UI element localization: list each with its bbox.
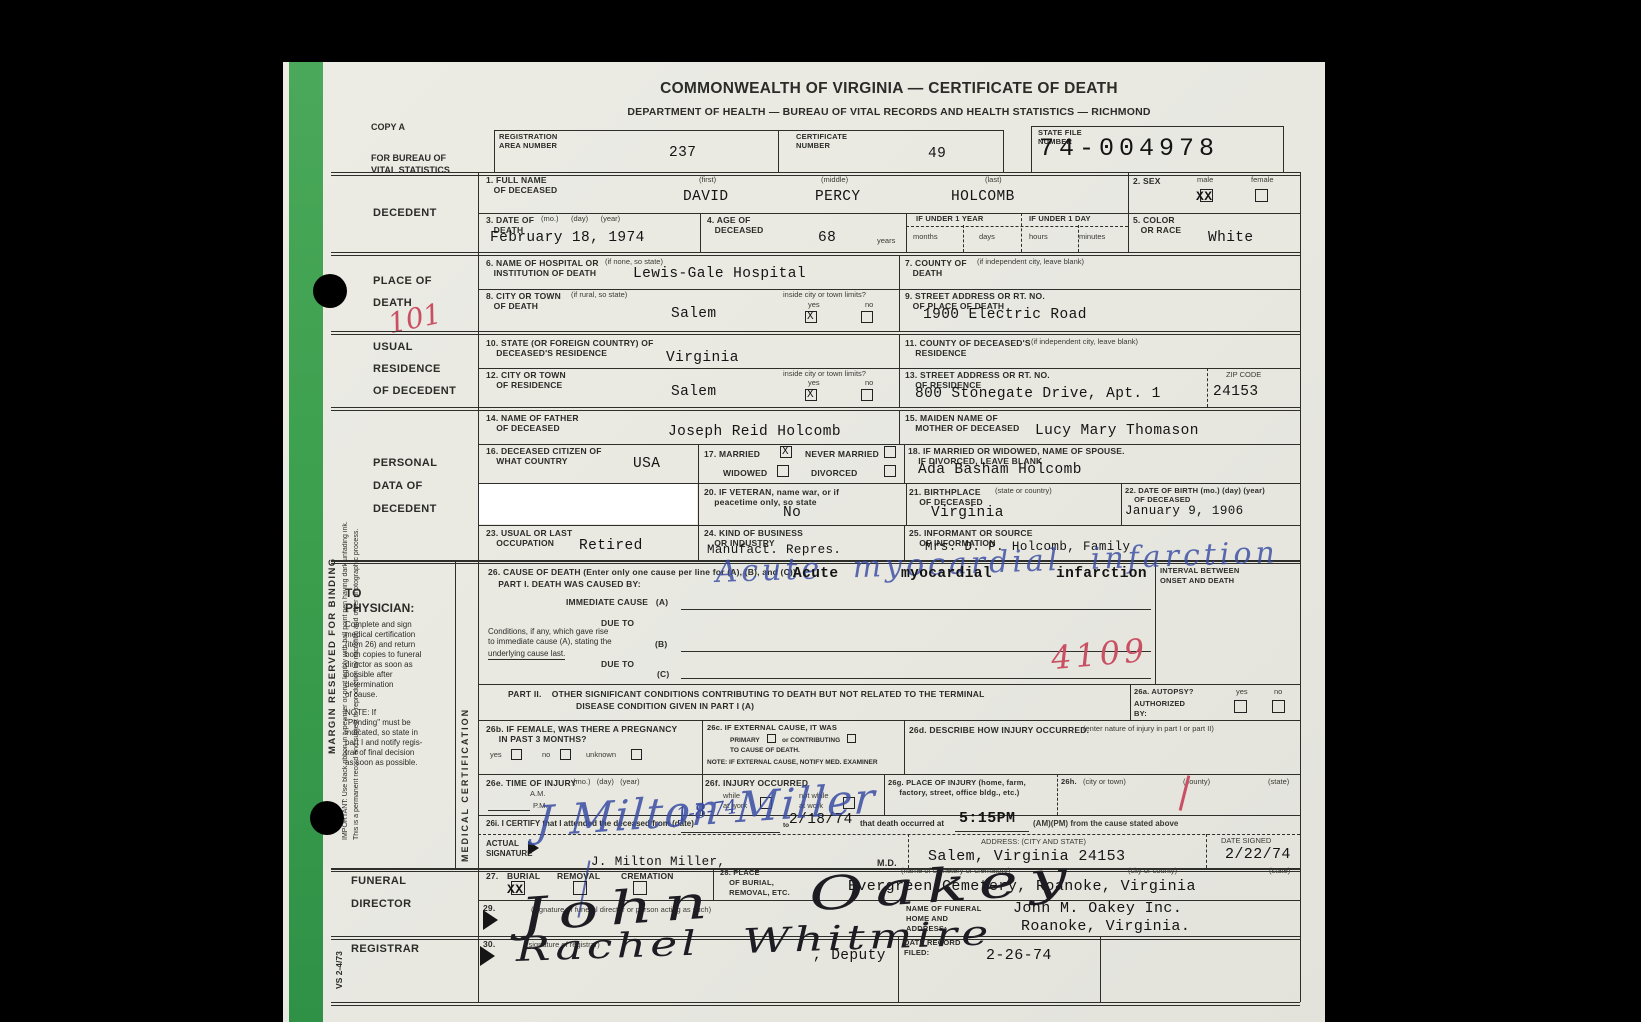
field-26b-yes-checkbox [511,749,522,760]
field-8-hint: (if rural, so state) [571,291,627,300]
field-17-widowed-checkbox [777,465,789,477]
rule-v-months [963,225,964,252]
field-26a-no-checkbox [1272,700,1285,713]
punch-hole-bottom [310,801,344,835]
under-year-label: IF UNDER 1 YEAR [916,215,983,224]
margin-binding-text: MARGIN RESERVED FOR BINDING [327,314,338,754]
rule-row7 [478,444,1300,445]
field-8-yes-mark: X [807,311,814,324]
rule-v-row34 [899,256,900,331]
rule-v-autopsy [1130,684,1131,720]
field-6-value: Lewis-Gale Hospital [633,266,806,283]
field-17-married-mark: X [782,446,789,459]
field-26b-unknown-checkbox [631,749,642,760]
field-8-label: 8. CITY OR TOWN OF DEATH [486,291,561,311]
field-11-hint: (if independent city, leave blank) [1031,338,1138,347]
registration-value: 237 [669,145,696,162]
field-1-first-hint: (first) [699,176,716,185]
field-13-value: 800 Stonegate Drive, Apt. 1 [915,386,1161,403]
date-signed-label: DATE SIGNED [1221,837,1271,846]
field-11-label: 11. COUNTY OF DECEASED'S RESIDENCE [905,338,1031,358]
field-26-b-label: (B) [655,639,667,649]
section-to-physician: TO PHYSICIAN: [345,586,414,616]
field-21-hint: (state or country) [995,487,1052,496]
rule-place-double [331,331,1300,335]
field-2-female-label: female [1251,176,1274,185]
date-signed-value: 2/22/74 [1225,846,1291,864]
field-12-no-label: no [865,379,873,388]
field-28-state-hint: (state) [1269,867,1290,876]
rule-v-f4 [906,213,907,252]
statefile-right-rule [1283,126,1284,172]
field-20-value: No [783,505,801,522]
field-1-first-value: DAVID [683,189,729,206]
field-26-immediate-label: IMMEDIATE CAUSE (A) [566,597,668,607]
rule-v-f16 [698,444,699,483]
field-29-home-address: Roanoke, Virginia. [1021,918,1190,936]
rule-v-row7 [899,411,900,444]
scanned-death-certificate: MARGIN RESERVED FOR BINDING IMPORTANT: U… [0,0,1641,1022]
field-26c-tocause-label: TO CAUSE OF DEATH. [730,747,800,755]
state-file-value: 74-004978 [1039,134,1219,164]
cause-typed-acute: Acute [793,566,839,583]
field-8-no-label: no [865,301,873,310]
field-29-home-name: John M. Oakey Inc. [1013,900,1182,918]
field-30-filed-date: 2-26-74 [986,947,1052,965]
field-12-yes-mark: X [807,389,814,402]
field-27-label: 27. [486,871,498,881]
field-2-male-label: male [1197,176,1213,185]
field-30-filed-label: DATE RECORD FILED: [904,938,961,958]
field-26c-primary-checkbox [767,734,776,743]
certificate-paper: MARGIN RESERVED FOR BINDING IMPORTANT: U… [283,62,1325,1022]
field-7-hint: (if independent city, leave blank) [977,258,1084,267]
field-4-value: 68 [818,230,836,247]
section-personal-data: PERSONAL DATA OF DECEDENT [373,452,437,521]
rule-v-row56 [899,335,900,407]
cause-line-a [681,609,1151,610]
field-26e-hints: (mo.) (day) (year) [573,778,640,787]
field-5-value: White [1208,230,1254,247]
rule-row9 [478,525,1300,526]
rule-v-f19 [698,483,699,525]
field-17-divorced-checkbox [884,465,896,477]
physician-note: Complete and sign medical certification … [345,620,422,700]
under-day-hours: hours [1029,233,1048,242]
rule-v-zip [1207,368,1208,407]
field-26b-unknown-label: unknown [586,751,616,760]
field-26c-primary-label: PRIMARY [730,737,760,745]
field-23-value: Retired [579,538,643,555]
rule-form-left [478,172,479,1002]
regbox-divider-rule [778,130,779,172]
field-5-label: 5. COLOR OR RACE [1133,215,1181,235]
regbox-top-rule [494,130,1003,131]
field-13-zip-value: 24153 [1213,384,1259,401]
section-funeral-director: FUNERAL DIRECTOR [351,870,411,916]
field-26c-note: NOTE: IF EXTERNAL CAUSE, NOTIFY MED. EXA… [707,759,878,767]
field-17-never-checkbox [884,446,896,458]
field-1-last-hint: (last) [985,176,1002,185]
field-26-dueto2-label: DUE TO [601,659,634,669]
registrar-signature-arrow-icon [480,946,495,966]
sex-male-mark: XX [1196,189,1212,204]
rule-v-datesigned [1206,834,1207,868]
field-27-removal-label: REMOVAL [557,871,600,881]
field-15-value: Lucy Mary Thomason [1035,423,1199,440]
field-26-c-label: (C) [657,669,669,679]
part2-label2: DISEASE CONDITION GIVEN IN PART I (A) [576,701,754,711]
part2-label: PART II. OTHER SIGNIFICANT CONDITIONS CO… [508,689,985,699]
field-26a-label: 26a. AUTOPSY? [1134,688,1194,697]
certify-time-line [955,831,1029,832]
field-26h-state-hint: (state) [1268,778,1289,787]
field-16-label: 16. DECEASED CITIZEN OF WHAT COUNTRY [486,446,602,466]
field-14-label: 14. NAME OF FATHER OF DECEASED [486,413,579,433]
under-day-label: IF UNDER 1 DAY [1029,215,1091,224]
rule-form-right [1300,172,1301,1002]
field-4-years-label: years [877,237,895,246]
rule-part2-bottom [478,720,1300,721]
field-1-middle-value: PERCY [815,189,861,206]
field-26e-label: 26e. TIME OF INJURY [486,778,576,788]
field-26e-line [488,810,530,811]
document-title: COMMONWEALTH OF VIRGINIA — CERTIFICATE O… [478,80,1300,98]
field-12-yes-label: yes [808,379,820,388]
punch-hole-top [313,274,347,308]
field-27-burial-label: BURIAL [507,871,540,881]
certificate-value: 49 [928,146,946,163]
rule-v-underday [1021,213,1022,252]
rule-medical-outer-left [455,560,456,868]
field-26b-no-label: no [542,751,550,760]
field-12-value: Salem [671,384,717,401]
rule-v-26b [702,720,703,774]
regbox-left-rule [494,130,495,172]
field-26g-label: 26g. PLACE OF INJURY (home, farm, factor… [888,778,1026,798]
physician-typed-name: J. Milton Miller, [591,855,725,870]
field-10-label: 10. STATE (OR FOREIGN COUNTRY) OF DECEAS… [486,338,653,358]
field-3-value: February 18, 1974 [490,230,645,247]
statefile-top-rule [1031,126,1283,127]
section-medical-certification: MEDICAL CERTIFICATION [460,602,470,862]
field-26b-label: 26b. IF FEMALE, WAS THERE A PREGNANCY IN… [486,724,677,744]
rule-v-filed-right [1100,936,1101,1002]
binding-margin-strip [289,62,323,1022]
field-2-label: 2. SEX [1133,176,1161,186]
cause-line-c [681,678,1151,679]
rule-residence-double [331,407,1300,411]
field-12-label: 12. CITY OR TOWN OF RESIDENCE [486,370,566,390]
under-day-minutes: minutes [1079,233,1105,242]
rule-v-26f [884,774,885,815]
rule-26bcd-bottom [478,774,1300,775]
field-12-limits-label: inside city or town limits? [783,370,866,379]
field-9-value: 1900 Electric Road [923,307,1087,324]
cause-typed-infarction: infarction [1056,566,1147,583]
actual-signature-label: ACTUAL SIGNATURE [486,839,533,859]
field-26c-contributing-label: or CONTRIBUTING [782,737,840,745]
field-13-zip-label: ZIP CODE [1226,371,1261,380]
field-26h-label: 26h. [1061,778,1077,787]
field-26a-label2: AUTHORIZED BY: [1134,699,1185,719]
cause-typed-myocardial: myocardial [901,566,992,583]
field-26i-ampm-label: (AM)(PM) from the cause stated above [1033,819,1178,828]
field-26a-yes-checkbox [1234,700,1247,713]
rule-row5 [478,368,1300,369]
field-20-label: 20. IF VETERAN, name war, or if peacetim… [704,487,839,507]
field-15-label: 15. MAIDEN NAME OF MOTHER OF DECEASED [905,413,1019,433]
field-23-label: 23. USUAL OR LAST OCCUPATION [486,528,572,548]
field-26a-no-label: no [1274,688,1282,697]
section-registrar: REGISTRAR [351,938,419,960]
field-26-conditions-note: Conditions, if any, which gave rise to i… [488,627,612,647]
document-subtitle: DEPARTMENT OF HEALTH — BUREAU OF VITAL R… [478,106,1300,118]
registration-label: REGISTRATION AREA NUMBER [499,133,558,151]
field-7-label: 7. COUNTY OF DEATH [905,258,967,278]
rule-v-f23 [698,525,699,560]
sex-female-checkbox [1255,189,1268,202]
address-label: ADDRESS: (CITY AND STATE) [981,838,1086,847]
field-17-married-label: 17. MARRIED [704,449,760,459]
field-30-deputy: , Deputy [813,948,886,965]
field-17-divorced-label: DIVORCED [811,468,857,478]
rule-v-f17 [904,444,905,483]
redaction-box [479,484,697,524]
handwritten-red-4109: 4109 [1050,632,1150,678]
regbox-right-rule [1003,130,1004,172]
field-10-value: Virginia [666,350,739,367]
field-1-last-value: HOLCOMB [951,189,1015,206]
field-22-label: 22. DATE OF BIRTH (mo.) (day) (year) OF … [1125,487,1265,505]
field-26c-contributing-checkbox [847,734,856,743]
field-26b-no-checkbox [560,749,571,760]
field-3-hints: (mo.) (day) (year) [541,215,620,224]
field-8-value: Salem [671,306,717,323]
field-1-middle-hint: (middle) [821,176,848,185]
copy-label: COPY A [371,122,405,133]
rule-part1-bottom [478,684,1300,685]
field-21-value: Virginia [931,505,1004,522]
certificate-label: CERTIFICATE NUMBER [796,133,847,151]
field-26b-yes-label: yes [490,751,502,760]
field-26d-hint: (enter nature of injury in part I or par… [1083,725,1214,734]
rule-v-f2 [1128,172,1129,252]
field-28-city-hint: (city or county) [1128,867,1177,876]
field-26i-time: 5:15PM [959,810,1015,828]
field-16-value: USA [633,456,660,473]
section-decedent: DECEDENT [373,202,437,224]
field-1-label: 1. FULL NAME OF DECEASED [486,175,557,195]
rule-decedent-double [331,252,1300,256]
rule-v-interval [1155,560,1156,684]
field-17-never-label: NEVER MARRIED [805,449,879,459]
form-code: VS 2-4/73 [334,914,344,989]
rule-v-f20 [906,483,907,525]
field-26a-yes-label: yes [1236,688,1248,697]
field-8-yes-label: yes [808,301,820,310]
field-26d-label: 26d. DESCRIBE HOW INJURY OCCURRED. [909,725,1089,735]
field-8-no-checkbox [861,311,873,323]
pending-note: NOTE: If "Pending" must be indicated, so… [345,708,422,768]
field-8-limits-label: inside city or town limits? [783,291,866,300]
rule-underyear-dashed [906,226,1128,227]
rule-bottom-double [331,1002,1300,1006]
field-22-value: January 9, 1906 [1125,504,1244,519]
field-26c-label: 26c. IF EXTERNAL CAUSE, IT WAS [707,724,837,733]
rule-v-f3 [700,213,701,252]
field-12-no-checkbox [861,389,873,401]
section-usual-residence: USUAL RESIDENCE OF DECEDENT [373,336,456,402]
field-4-label: 4. AGE OF DECEASED [707,215,764,235]
rule-v-f21 [1121,483,1122,525]
under-year-days: days [979,233,995,242]
rule-v-26c [904,720,905,774]
field-14-value: Joseph Reid Holcomb [668,424,841,441]
field-17-widowed-label: WIDOWED [723,468,767,478]
rule-v-26h [1057,774,1058,815]
funeral-signature-arrow-icon [483,910,498,930]
field-26-conditions-note2: underlying cause last. [488,649,565,660]
field-6-label: 6. NAME OF HOSPITAL OR INSTITUTION OF DE… [486,258,599,278]
statefile-left-rule [1031,126,1032,172]
field-26h-city-hint: (city or town) [1083,778,1126,787]
under-year-months: months [913,233,938,242]
field-18-value: Ada Basham Holcomb [918,462,1082,479]
